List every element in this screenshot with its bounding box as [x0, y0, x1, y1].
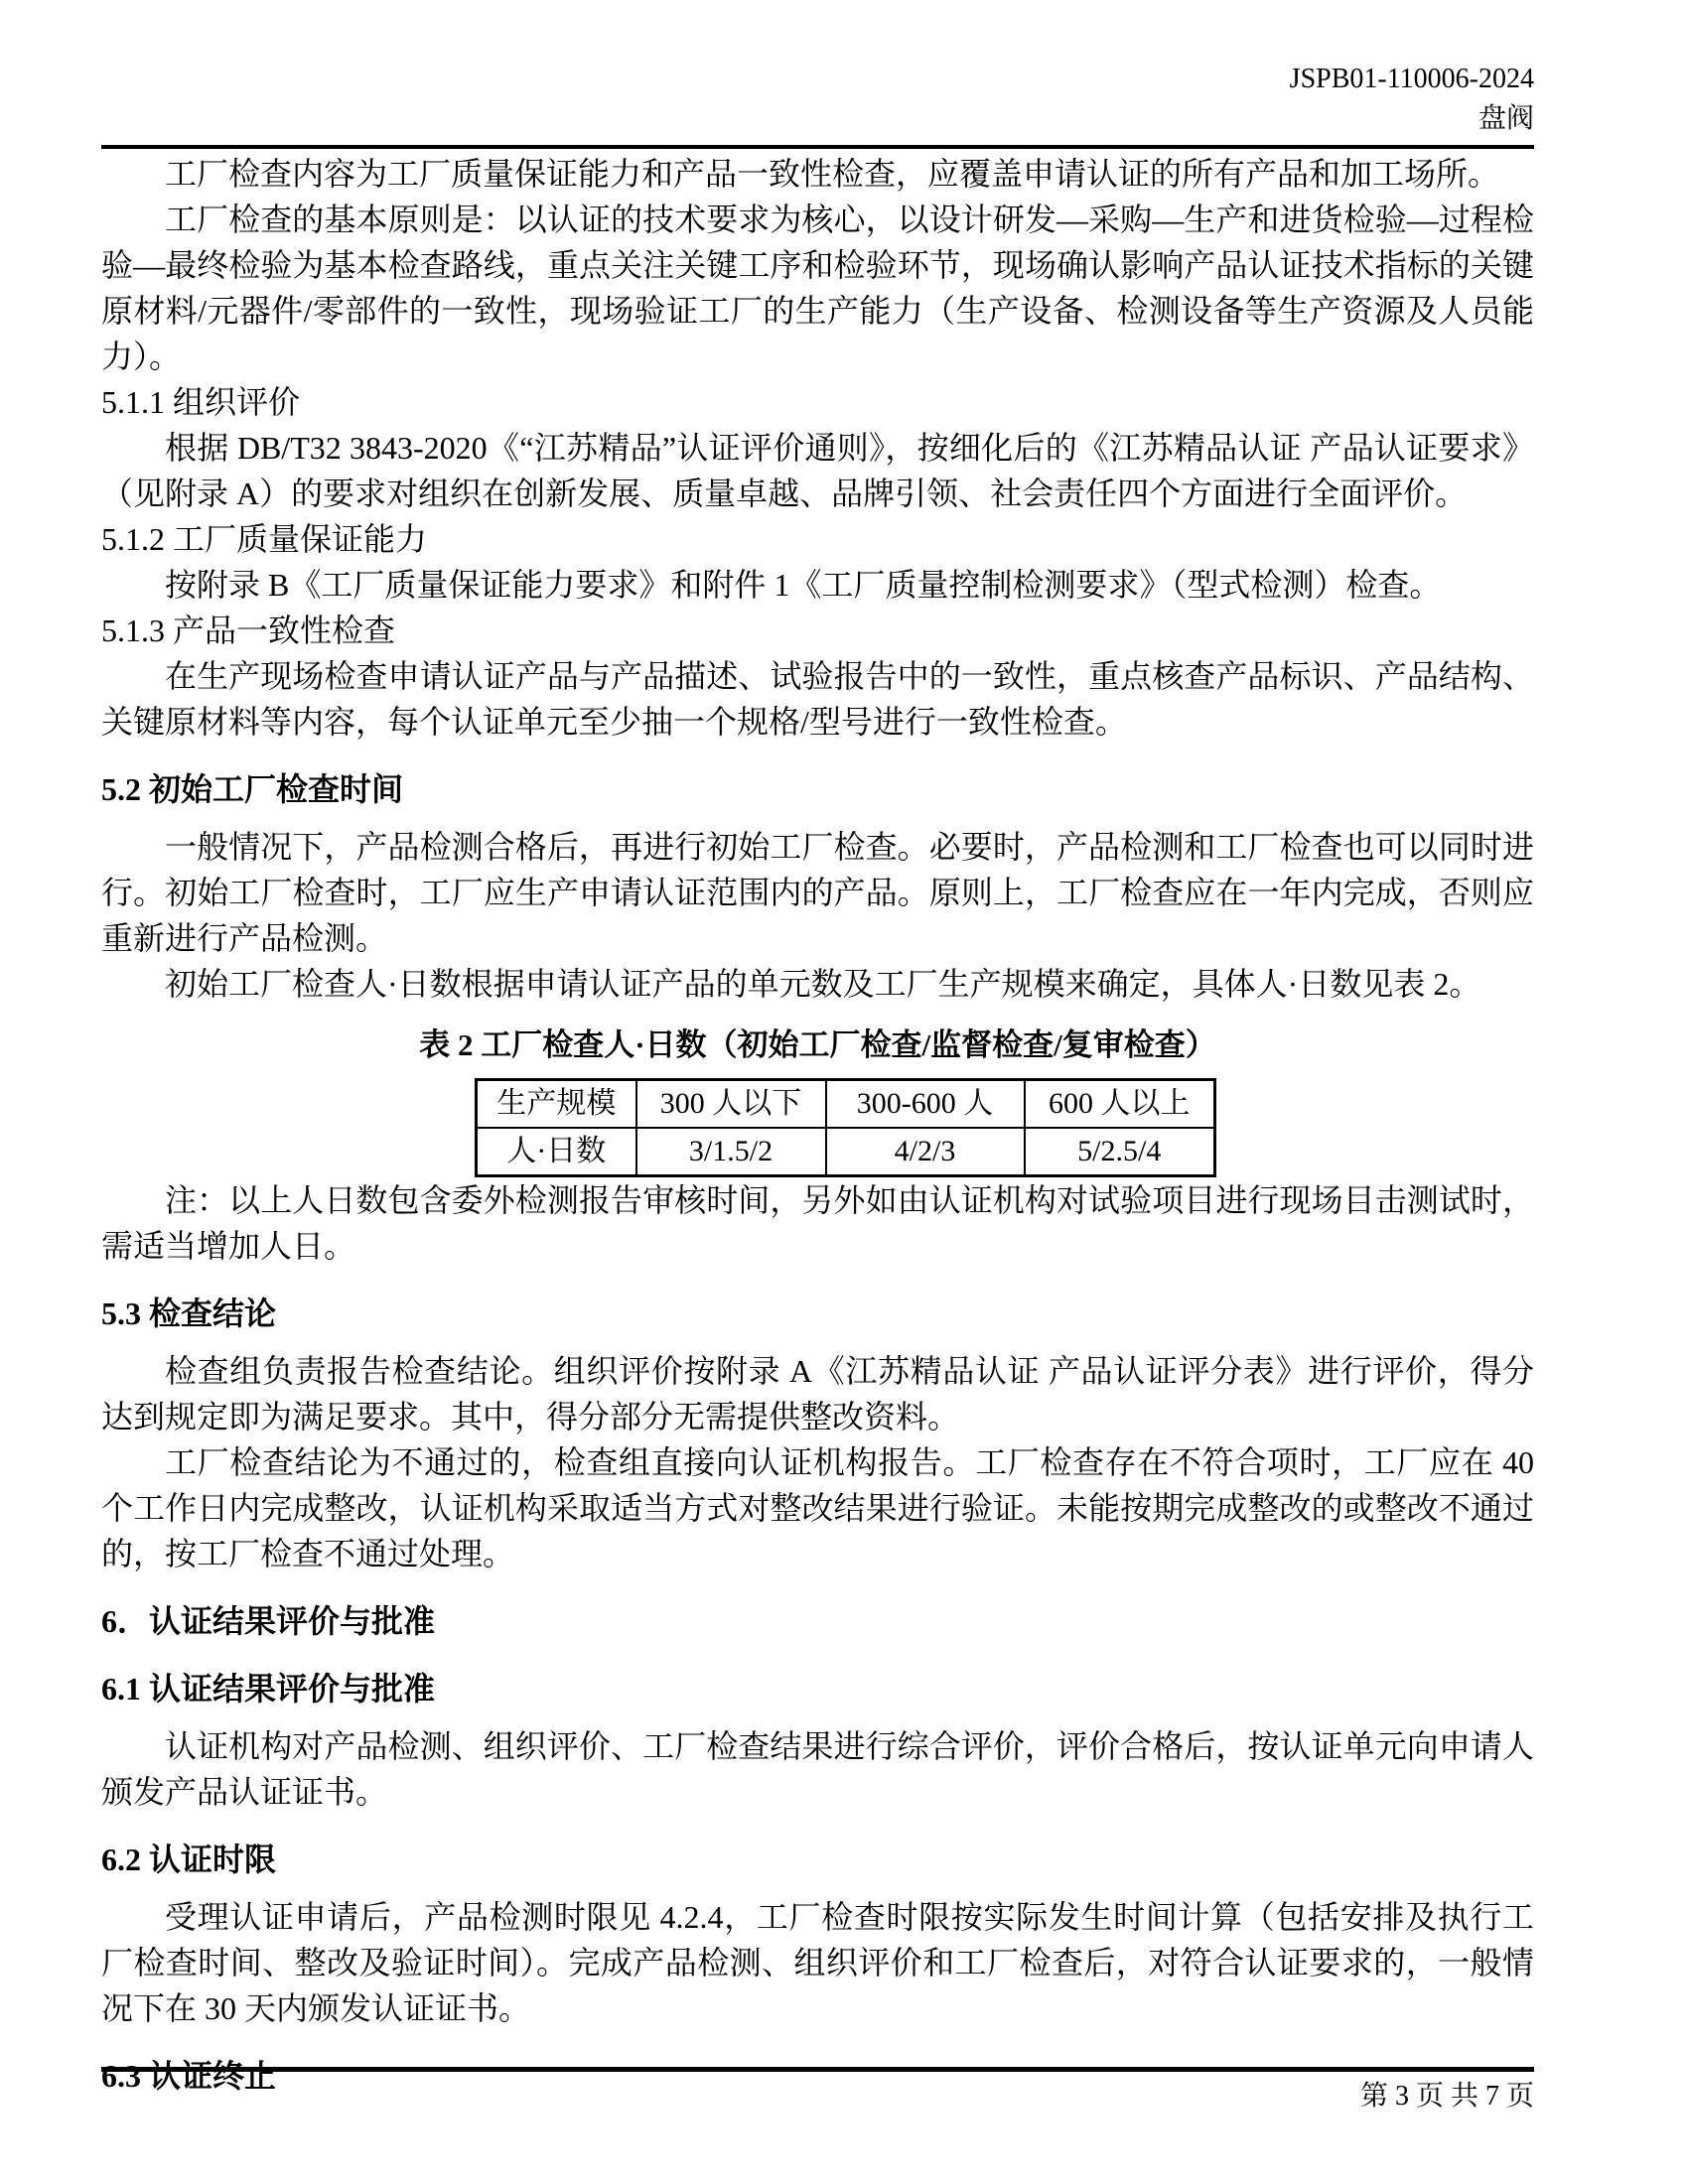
paragraph-5-3-2: 工厂检查结论为不通过的，检查组直接向认证机构报告。工厂检查存在不符合项时，工厂应…: [101, 1439, 1534, 1576]
document-body: 工厂检查内容为工厂质量保证能力和产品一致性检查，应覆盖申请认证的所有产品和加工场…: [101, 151, 1534, 2111]
heading-5-1-2: 5.1.2 工厂质量保证能力: [101, 516, 1534, 562]
doc-code: JSPB01-110006-2024: [1290, 60, 1534, 99]
paragraph-intro-2: 工厂检查的基本原则是：以认证的技术要求为核心，以设计研发—采购—生产和进货检验—…: [101, 197, 1534, 379]
heading-6-3: 6.3 认证终止: [101, 2053, 1534, 2099]
paragraph-6-1: 认证机构对产品检测、组织评价、工厂检查结果进行综合评价，评价合格后，按认证单元向…: [101, 1723, 1534, 1815]
table-cell-over-600: 600 人以上: [1025, 1080, 1215, 1129]
table-cell-mandays-2: 4/2/3: [826, 1128, 1025, 1176]
table-row: 人·日数 3/1.5/2 4/2/3 5/2.5/4: [477, 1128, 1215, 1176]
paragraph-6-2: 受理认证申请后，产品检测时限见 4.2.4，工厂检查时限按实际发生时间计算（包括…: [101, 1894, 1534, 2031]
table-cell-mandays-label: 人·日数: [477, 1128, 636, 1176]
document-page: JSPB01-110006-2024 盘阀 工厂检查内容为工厂质量保证能力和产品…: [0, 0, 1688, 2184]
heading-6-1: 6.1 认证结果评价与批准: [101, 1666, 1534, 1711]
heading-5-1-1: 5.1.1 组织评价: [101, 379, 1534, 425]
heading-6: 6．认证结果评价与批准: [101, 1598, 1534, 1644]
table-cell-300-600: 300-600 人: [826, 1080, 1025, 1129]
paragraph-5-1-3: 在生产现场检查申请认证产品与产品描述、试验报告中的一致性，重点核查产品标识、产品…: [101, 653, 1534, 745]
table-2: 生产规模 300 人以下 300-600 人 600 人以上 人·日数 3/1.…: [475, 1078, 1216, 1177]
heading-6-2: 6.2 认证时限: [101, 1837, 1534, 1882]
table-cell-mandays-1: 3/1.5/2: [636, 1128, 826, 1176]
table-cell-scale-label: 生产规模: [477, 1080, 636, 1129]
table-2-title: 表 2 工厂检查人·日数（初始工厂检查/监督检查/复审检查）: [101, 1023, 1534, 1068]
paragraph-intro-1: 工厂检查内容为工厂质量保证能力和产品一致性检查，应覆盖申请认证的所有产品和加工场…: [101, 151, 1534, 197]
table-row: 生产规模 300 人以下 300-600 人 600 人以上: [477, 1080, 1215, 1129]
document-header: JSPB01-110006-2024 盘阀: [1290, 60, 1534, 139]
table-cell-under-300: 300 人以下: [636, 1080, 826, 1129]
paragraph-5-3-1: 检查组负责报告检查结论。组织评价按附录 A《江苏精品认证 产品认证评分表》进行评…: [101, 1348, 1534, 1439]
paragraph-5-1-2: 按附录 B《工厂质量保证能力要求》和附件 1《工厂质量控制检测要求》（型式检测）…: [101, 562, 1534, 608]
heading-5-3: 5.3 检查结论: [101, 1291, 1534, 1336]
paragraph-5-2-2: 初始工厂检查人·日数根据申请认证产品的单元数及工厂生产规模来确定，具体人·日数见…: [101, 961, 1534, 1007]
table-cell-mandays-3: 5/2.5/4: [1025, 1128, 1215, 1176]
table-2-note: 注：以上人日数包含委外检测报告审核时间，另外如由认证机构对试验项目进行现场目击测…: [101, 1177, 1534, 1269]
paragraph-5-2-1: 一般情况下，产品检测合格后，再进行初始工厂检查。必要时，产品检测和工厂检查也可以…: [101, 824, 1534, 961]
doc-product-name: 盘阀: [1290, 99, 1534, 139]
heading-5-2: 5.2 初始工厂检查时间: [101, 766, 1534, 812]
header-divider: [101, 145, 1534, 149]
footer-divider: [101, 2067, 1534, 2072]
paragraph-5-1-1: 根据 DB/T32 3843-2020《“江苏精品”认证评价通则》，按细化后的《…: [101, 425, 1534, 516]
heading-5-1-3: 5.1.3 产品一致性检查: [101, 608, 1534, 653]
page-number: 第 3 页 共 7 页: [1360, 2079, 1534, 2115]
